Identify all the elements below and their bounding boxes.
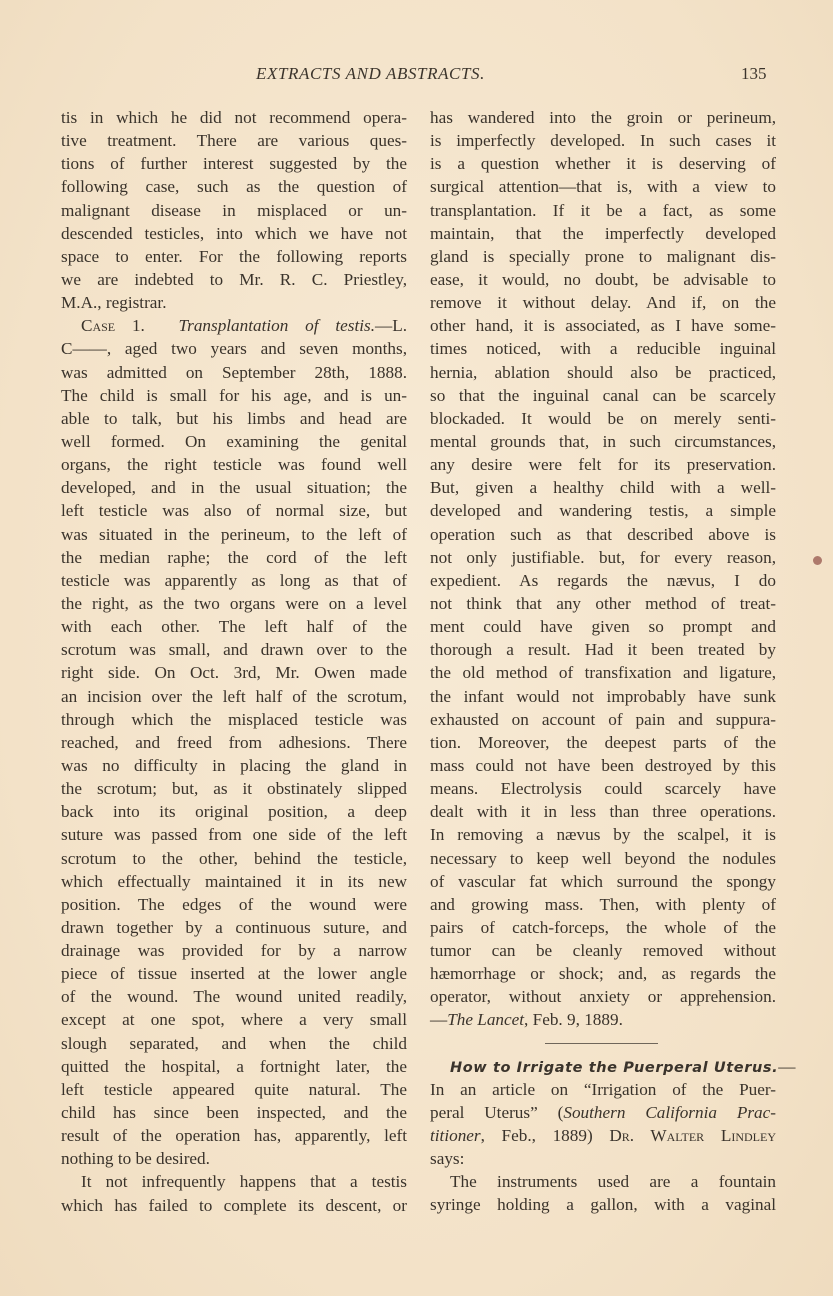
text-line: and growing mass. Then, with plenty of <box>430 893 776 916</box>
text-line: dealt with it in less than three operati… <box>430 800 776 823</box>
text-line: gland is specially prone to malignant di… <box>430 245 776 268</box>
right-column: has wandered into the groin or perineum,… <box>430 106 776 1217</box>
text-line: M.A., registrar. <box>61 291 407 314</box>
section-heading-line: How to Irrigate the Puerperal Uterus.— <box>430 1055 776 1078</box>
text-line: necessary to keep well beyond the nodule… <box>430 847 776 870</box>
closing-paragraph: It not infrequently happens that a testi… <box>61 1170 407 1216</box>
running-head: EXTRACTS AND ABSTRACTS. 135 <box>0 64 833 88</box>
irrigation-section: How to Irrigate the Puerperal Uterus.— I… <box>430 1055 776 1217</box>
section-divider <box>430 1032 776 1055</box>
text-line: able to talk, but his limbs and head are <box>61 407 407 430</box>
text-line: developed, and in the usual situation; t… <box>61 476 407 499</box>
text-line: transplantation. If it be a fact, as som… <box>430 199 776 222</box>
citation-line: —The Lancet, Feb. 9, 1889. <box>430 1008 776 1031</box>
text-line: peral Uterus” (Southern California Prac- <box>430 1101 776 1124</box>
text-line: developed and wandering testis, a simple <box>430 499 776 522</box>
text-line: malignant disease in misplaced or un- <box>61 199 407 222</box>
text-line: operator, without anxiety or apprehensio… <box>430 985 776 1008</box>
text-line: drainage was provided for by a narrow <box>61 939 407 962</box>
text-line: was no difficulty in placing the gland i… <box>61 754 407 777</box>
text-line: left testicle was also of normal size, b… <box>61 499 407 522</box>
text-line: hernia, ablation should also be practice… <box>430 361 776 384</box>
text-line: descended testicles, into which we have … <box>61 222 407 245</box>
text-line: exhausted on account of pain and suppura… <box>430 708 776 731</box>
book-page: EXTRACTS AND ABSTRACTS. 135 tis in which… <box>0 0 833 1296</box>
case-report: Case 1. Transplantation of testis.—L. C—… <box>61 314 407 1170</box>
citation-dash: — <box>430 1010 447 1029</box>
citation-date: , Feb. 9, 1889. <box>524 1010 623 1029</box>
case-title: Transplantation of testis. <box>179 316 376 335</box>
ink-stain <box>813 556 822 565</box>
text-line: the right, as the two organs were on a l… <box>61 592 407 615</box>
text-span: peral Uterus” ( <box>430 1103 563 1122</box>
text-line: nothing to be desired. <box>61 1147 407 1170</box>
page-number: 135 <box>741 64 767 84</box>
author-name: Dr. Walter Lindley <box>609 1126 776 1145</box>
text-line: position. The edges of the wound were <box>61 893 407 916</box>
text-line: we are indebted to Mr. R. C. Priestley, <box>61 268 407 291</box>
text-line: titioner, Feb., 1889) Dr. Walter Lindley <box>430 1124 776 1147</box>
text-line: the infant would not improbably have sun… <box>430 685 776 708</box>
text-line: ease, it would, no doubt, be advisable t… <box>430 268 776 291</box>
text-line: which effectually maintained it in its n… <box>61 870 407 893</box>
text-line: back into its original position, a deep <box>61 800 407 823</box>
text-line: pairs of catch-forceps, the whole of the <box>430 916 776 939</box>
text-line: testicle was apparently as long as that … <box>61 569 407 592</box>
text-line: tion. Moreover, the deepest parts of the <box>430 731 776 754</box>
text-line: says: <box>430 1147 776 1170</box>
text-line: organs, the right testicle was found wel… <box>61 453 407 476</box>
case-label: Case 1. <box>81 316 145 335</box>
text-line: except at one spot, where a very small <box>61 1008 407 1031</box>
text-line: maintain, that the imperfectly developed <box>430 222 776 245</box>
running-title: EXTRACTS AND ABSTRACTS. <box>256 64 485 84</box>
text-line: suture was passed from one side of the l… <box>61 823 407 846</box>
text-line: drawn together by a continuous suture, a… <box>61 916 407 939</box>
text-line: expedient. As regards the nævus, I do <box>430 569 776 592</box>
section-heading-dash: — <box>778 1057 795 1076</box>
text-line: right side. On Oct. 3rd, Mr. Owen made <box>61 661 407 684</box>
text-line: which has failed to complete its descent… <box>61 1194 407 1217</box>
text-line: surgical attention—that is, with a view … <box>430 175 776 198</box>
text-line: reached, and freed from adhesions. There <box>61 731 407 754</box>
text-line: an incision over the left half of the sc… <box>61 685 407 708</box>
text-line: of the wound. The wound united readily, <box>61 985 407 1008</box>
continued-paragraph: has wandered into the groin or perineum,… <box>430 106 776 1032</box>
text-line: space to enter. For the following report… <box>61 245 407 268</box>
citation-source: The Lancet <box>447 1010 524 1029</box>
text-line: blockaded. It would be on merely senti- <box>430 407 776 430</box>
text-line: other hand, it is associated, as I have … <box>430 314 776 337</box>
text-line: quitted the hospital, a fortnight later,… <box>61 1055 407 1078</box>
text-line: The child is small for his age, and is u… <box>61 384 407 407</box>
section-heading: How to Irrigate the Puerperal Uterus. <box>450 1060 778 1076</box>
text-span: , Feb., 1889) <box>481 1126 610 1145</box>
text-line: was admitted on September 28th, 1888. <box>61 361 407 384</box>
text-line: remove it without delay. And if, on the <box>430 291 776 314</box>
text-line: with each other. The left half of the <box>61 615 407 638</box>
text-line: the median raphe; the cord of the left <box>61 546 407 569</box>
text-line: following case, such as the question of <box>61 175 407 198</box>
text-line: not only justifiable. but, for every rea… <box>430 546 776 569</box>
journal-title: Southern California Prac- <box>563 1103 776 1122</box>
left-column: tis in which he did not recommend opera-… <box>61 106 407 1217</box>
text-line: slough separated, and when the child <box>61 1032 407 1055</box>
text-line: tions of further interest suggested by t… <box>61 152 407 175</box>
divider-rule <box>545 1043 658 1044</box>
text-line: any desire were felt for its preservatio… <box>430 453 776 476</box>
text-line: result of the operation has, apparently,… <box>61 1124 407 1147</box>
text-line: so that the inguinal canal can be scarce… <box>430 384 776 407</box>
text-line: tis in which he did not recommend opera- <box>61 106 407 129</box>
text-line: is imperfectly developed. In such cases … <box>430 129 776 152</box>
case-heading-line: Case 1. Transplantation of testis.—L. <box>61 314 407 337</box>
text-line: scrotum was small, and drawn over to the <box>61 638 407 661</box>
text-line: left testicle appeared quite natural. Th… <box>61 1078 407 1101</box>
text-line: In removing a nævus by the scalpel, it i… <box>430 823 776 846</box>
text-line: mass could not have been destroyed by th… <box>430 754 776 777</box>
text-line: means. Electrolysis could scarcely have <box>430 777 776 800</box>
text-line: has wandered into the groin or perineum, <box>430 106 776 129</box>
text-line: ment could have given so prompt and <box>430 615 776 638</box>
text-line: In an article on “Irrigation of the Puer… <box>430 1078 776 1101</box>
text-line: times noticed, with a reducible inguinal <box>430 337 776 360</box>
text-line: The instruments used are a fountain <box>430 1170 776 1193</box>
journal-title: titioner <box>430 1126 481 1145</box>
text-line: of vascular fat which surround the spong… <box>430 870 776 893</box>
text-line: mental grounds that, in such circumstanc… <box>430 430 776 453</box>
text-line: child has since been inspected, and the <box>61 1101 407 1124</box>
text-line: tumor can be cleanly removed without <box>430 939 776 962</box>
intro-paragraph: tis in which he did not recommend opera-… <box>61 106 407 314</box>
text-line: not think that any other method of treat… <box>430 592 776 615</box>
text-line: hæmorrhage or shock; and, as regards the <box>430 962 776 985</box>
text-line: scrotum to the other, behind the testicl… <box>61 847 407 870</box>
text-line: was situated in the perineum, to the lef… <box>61 523 407 546</box>
text-line: It not infrequently happens that a testi… <box>61 1170 407 1193</box>
text-line: the old method of transfixation and liga… <box>430 661 776 684</box>
case-title-tail: —L. <box>375 316 407 335</box>
text-line: syringe holding a gallon, with a vaginal <box>430 1193 776 1216</box>
text-line: tive treatment. There are various ques- <box>61 129 407 152</box>
text-line: through which the misplaced testicle was <box>61 708 407 731</box>
text-line: operation such as that described above i… <box>430 523 776 546</box>
text-line: well formed. On examining the genital <box>61 430 407 453</box>
text-line: thorough a result. Had it been treated b… <box>430 638 776 661</box>
text-line: But, given a healthy child with a well- <box>430 476 776 499</box>
text-line: piece of tissue inserted at the lower an… <box>61 962 407 985</box>
text-line: the scrotum; but, as it obstinately slip… <box>61 777 407 800</box>
text-line: C——, aged two years and seven months, <box>61 337 407 360</box>
text-line: is a question whether it is deserving of <box>430 152 776 175</box>
